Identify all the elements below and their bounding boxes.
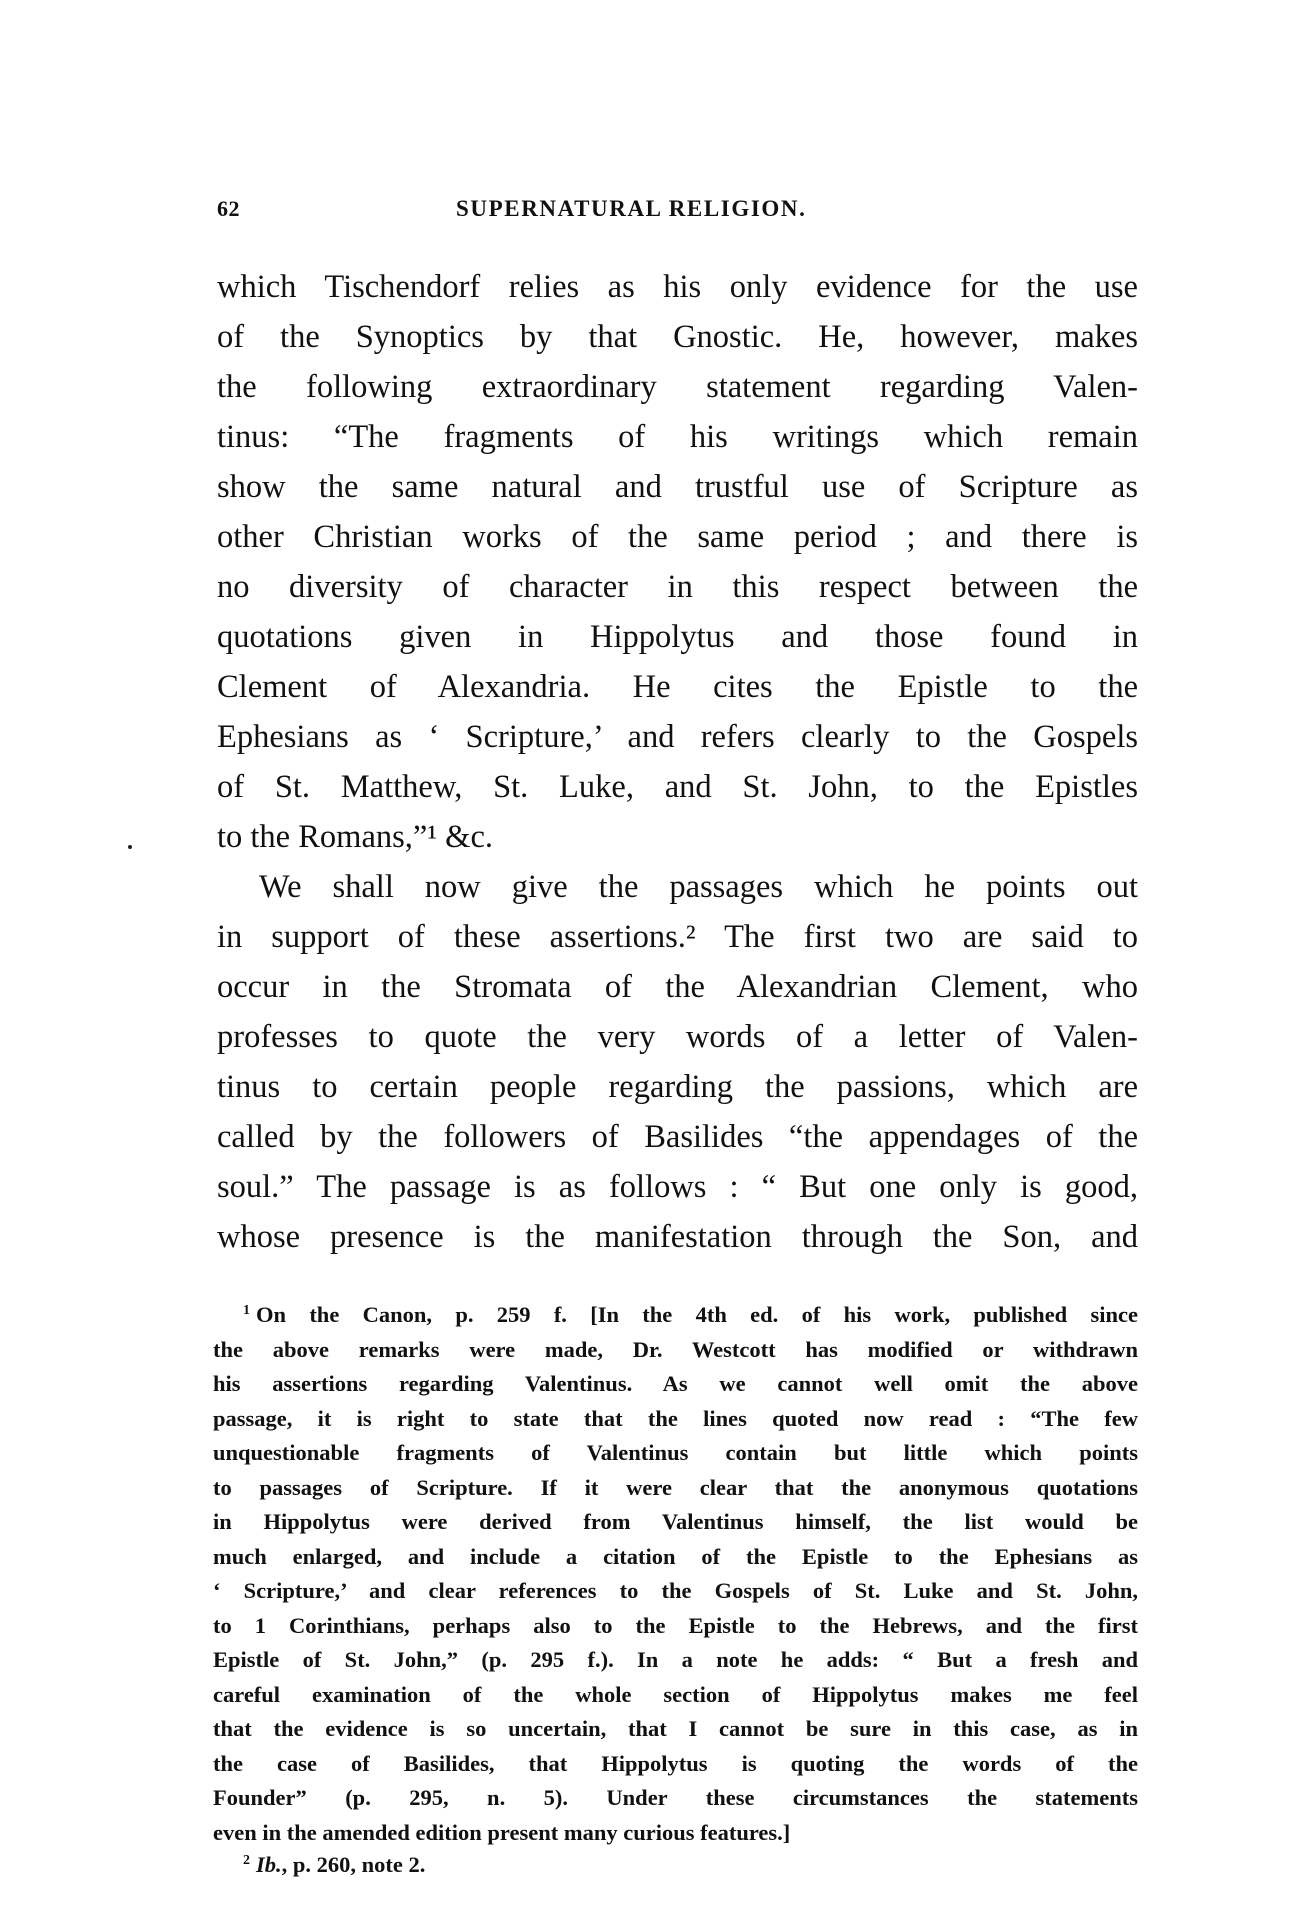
running-head: 62 SUPERNATURAL RELIGION. <box>217 196 1138 226</box>
body-line-paragraph-start: We shall now give the passages which he … <box>217 862 1138 912</box>
body-line: occur in the Stromata of the Alexandrian… <box>217 962 1138 1012</box>
running-head-title: SUPERNATURAL RELIGION. <box>456 196 806 222</box>
footnote-line: in Hippolytus were derived from Valentin… <box>213 1505 1138 1540</box>
body-line: tinus: “The fragments of his writings wh… <box>217 412 1138 462</box>
body-line: of St. Matthew, St. Luke, and St. John, … <box>217 762 1138 812</box>
body-line: called by the followers of Basilides “th… <box>217 1112 1138 1162</box>
footnote-line: careful examination of the whole section… <box>213 1678 1138 1713</box>
body-line: Ephesians as ‘ Scripture,’ and refers cl… <box>217 712 1138 762</box>
footnote-ibid: Ib. <box>256 1852 282 1877</box>
footnote-line: passage, it is right to state that the l… <box>213 1402 1138 1437</box>
body-line: professes to quote the very words of a l… <box>217 1012 1138 1062</box>
body-line: other Christian works of the same period… <box>217 512 1138 562</box>
footnote-line: to passages of Scripture. If it were cle… <box>213 1471 1138 1506</box>
footnote-1-first-line: 1On the Canon, p. 259 f. [In the 4th ed.… <box>213 1298 1138 1333</box>
body-line: of the Synoptics by that Gnostic. He, ho… <box>217 312 1138 362</box>
margin-mark <box>128 845 132 849</box>
footnote-line: to 1 Corinthians, perhaps also to the Ep… <box>213 1609 1138 1644</box>
footnote-line: that the evidence is so uncertain, that … <box>213 1712 1138 1747</box>
footnote-line: the case of Basilides, that Hippolytus i… <box>213 1747 1138 1782</box>
footnote-line: his assertions regarding Valentinus. As … <box>213 1367 1138 1402</box>
body-line: tinus to certain people regarding the pa… <box>217 1062 1138 1112</box>
body-line: Clement of Alexandria. He cites the Epis… <box>217 662 1138 712</box>
footnote-text: On the Canon, p. 259 f. [In the 4th ed. … <box>256 1302 1138 1327</box>
body-line: to the Romans,”¹ &c. <box>217 812 1138 862</box>
book-page: 62 SUPERNATURAL RELIGION. which Tischend… <box>0 0 1292 1925</box>
body-line: show the same natural and trustful use o… <box>217 462 1138 512</box>
footnote-line: even in the amended edition present many… <box>213 1816 1138 1851</box>
footnote-line: the above remarks were made, Dr. Westcot… <box>213 1333 1138 1368</box>
footnotes: 1On the Canon, p. 259 f. [In the 4th ed.… <box>213 1298 1138 1850</box>
footnote-line: Epistle of St. John,” (p. 295 f.). In a … <box>213 1643 1138 1678</box>
footnote-line: much enlarged, and include a citation of… <box>213 1540 1138 1575</box>
body-line: the following extraordinary statement re… <box>217 362 1138 412</box>
body-line: which Tischendorf relies as his only evi… <box>217 262 1138 312</box>
body-line: quotations given in Hippolytus and those… <box>217 612 1138 662</box>
body-line: in support of these assertions.² The fir… <box>217 912 1138 962</box>
body-text: which Tischendorf relies as his only evi… <box>217 262 1138 1262</box>
footnote-marker: 2 <box>243 1853 250 1868</box>
footnote-line: unquestionable fragments of Valentinus c… <box>213 1436 1138 1471</box>
footnote-text: , p. 260, note 2. <box>282 1852 426 1877</box>
footnote-line: ‘ Scripture,’ and clear references to th… <box>213 1574 1138 1609</box>
body-line: whose presence is the manifestation thro… <box>217 1212 1138 1262</box>
footnote-marker: 1 <box>243 1303 250 1318</box>
body-line: soul.” The passage is as follows : “ But… <box>217 1162 1138 1212</box>
body-line: no diversity of character in this respec… <box>217 562 1138 612</box>
footnote-2: 2Ib., p. 260, note 2. <box>243 1849 425 1881</box>
footnote-line: Founder” (p. 295, n. 5). Under these cir… <box>213 1781 1138 1816</box>
page-number: 62 <box>217 196 240 222</box>
